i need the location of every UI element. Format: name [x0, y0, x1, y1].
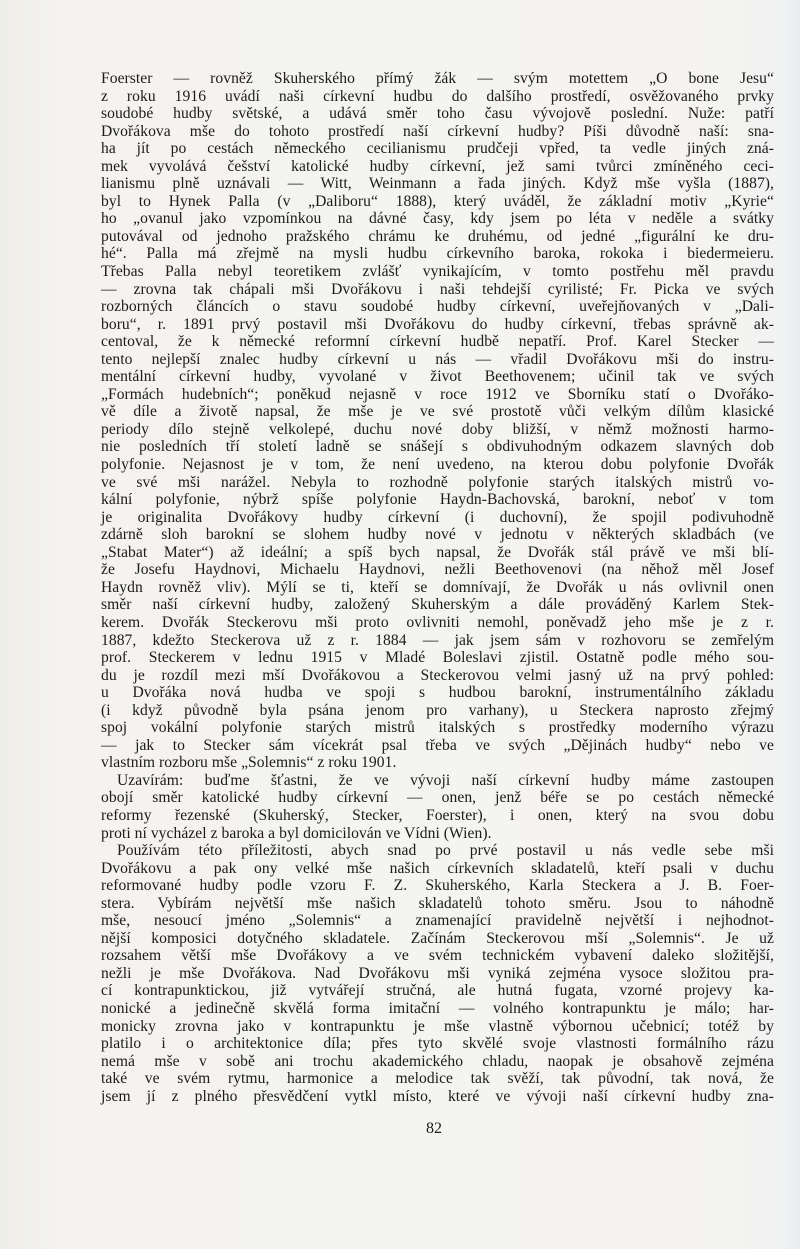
- text-line: 1887, kdežto Steckerova už z r. 1884 — j…: [101, 632, 774, 650]
- paragraph: Uzavírám: buďme šťastni, že ve vývoji na…: [101, 772, 774, 842]
- text-line: soudobé hudby světské, a udává směr toho…: [101, 105, 774, 123]
- text-line: polyfonie. Nejasnost je v tom, že není u…: [101, 456, 774, 474]
- text-line: nemá mše v sobě ani trochu akademického …: [101, 1053, 774, 1071]
- text-line: nější komposici dotyčného skladatele. Za…: [101, 930, 774, 948]
- text-line: du je rozdíl mezi mší Dvořákovou a Steck…: [101, 667, 774, 685]
- text-line: Dvořákova mše do tohoto prostředí naší c…: [101, 123, 774, 141]
- text-line: ve své mši narážel. Nebyla to rozhodně p…: [101, 474, 774, 492]
- text-line: nie posledních tří století ladně se snáš…: [101, 438, 774, 456]
- text-line: — zrovna tak chápali mši Dvořákovu i naš…: [101, 281, 774, 299]
- book-page: Foerster — rovněž Skuherského přímý žák …: [0, 0, 800, 1249]
- text-line: rozborných článcích o stavu soudobé hudb…: [101, 298, 774, 316]
- text-line: lianismu plně uznávali — Witt, Weinmann …: [101, 175, 774, 193]
- text-line: že Josefu Haydnovi, Michaelu Haydnovi, n…: [101, 561, 774, 579]
- text-line: kerem. Dvořák Steckerovu mši proto ovliv…: [101, 614, 774, 632]
- page-number: 82: [0, 1120, 800, 1138]
- text-line: Dvořákovu a pak ony velké mše našich cír…: [101, 860, 774, 878]
- text-line: je originalita Dvořákovy hudby církevní …: [101, 509, 774, 527]
- text-line: vlastním rozboru mše „Solemnis“ z roku 1…: [101, 754, 774, 772]
- text-line: Uzavírám: buďme šťastni, že ve vývoji na…: [101, 772, 774, 790]
- text-line: byl to Hynek Palla (v „Daliboru“ 1888), …: [101, 193, 774, 211]
- text-line: kální polyfonie, nýbrž spíše polyfonie H…: [101, 491, 774, 509]
- paragraph: Používám této příležitosti, abych snad p…: [101, 842, 774, 1105]
- text-line: Používám této příležitosti, abych snad p…: [101, 842, 774, 860]
- text-line: periody dílo stejně velkolepé, duchu nov…: [101, 421, 774, 439]
- text-line: Haydn rovněž vliv). Mýlí se ti, kteří se…: [101, 579, 774, 597]
- text-line: „Stabat Mater“) až ideální; a spíš bych …: [101, 544, 774, 562]
- text-line: mše, nesoucí jméno „Solemnis“ a znamenaj…: [101, 912, 774, 930]
- text-line: z roku 1916 uvádí naši církevní hudbu do…: [101, 88, 774, 106]
- text-line: spoj vokální polyfonie starých mistrů it…: [101, 719, 774, 737]
- text-line: jsem jí z plného přesvědčení vytkl místo…: [101, 1088, 774, 1106]
- text-line: platilo i o architektonice díla; přes ty…: [101, 1035, 774, 1053]
- text-line: rozsahem větší mše Dvořákovy a ve svém t…: [101, 947, 774, 965]
- text-line: boru“, r. 1891 prvý postavil mši Dvořáko…: [101, 316, 774, 334]
- text-line: centoval, že k německé reformní církevní…: [101, 333, 774, 351]
- text-line: mentální církevní hudby, vyvolané v živo…: [101, 368, 774, 386]
- text-line: putovával od jednoho pražského chrámu ke…: [101, 228, 774, 246]
- text-line: stera. Vybírám největší mše našich sklad…: [101, 895, 774, 913]
- text-line: „Formách hudebních“; poněkud nejasně v r…: [101, 386, 774, 404]
- text-line: mek vyvolává češství katolické hudby cír…: [101, 158, 774, 176]
- text-line: proti ní vycházel z baroka a byl domicil…: [101, 825, 774, 843]
- text-line: ho „ovanul jako vzpomínkou na dávné časy…: [101, 210, 774, 228]
- text-line: cí kontrapunktickou, již vytvářejí struč…: [101, 982, 774, 1000]
- text-line: Třebas Palla nebyl teoretikem zvlášť vyn…: [101, 263, 774, 281]
- paragraph: Foerster — rovněž Skuherského přímý žák …: [101, 70, 774, 772]
- text-line: nežli je mše Dvořákova. Nad Dvořákovu mš…: [101, 965, 774, 983]
- text-line: — jak to Stecker sám vícekrát psal třeba…: [101, 737, 774, 755]
- text-line: reformované hudby podle vzoru F. Z. Skuh…: [101, 877, 774, 895]
- text-line: reformy řezenské (Skuherský, Stecker, Fo…: [101, 807, 774, 825]
- text-line: zdárně sloh barokní se slohem hudby nové…: [101, 526, 774, 544]
- text-line: prof. Steckerem v lednu 1915 v Mladé Bol…: [101, 649, 774, 667]
- body-text: Foerster — rovněž Skuherského přímý žák …: [101, 70, 774, 1105]
- text-line: (i když původně byla psána jenom pro var…: [101, 702, 774, 720]
- text-line: směr naší církevní hudby, založený Skuhe…: [101, 596, 774, 614]
- text-line: také ve svém rytmu, harmonice a melodice…: [101, 1070, 774, 1088]
- text-line: hé“. Palla má zřejmě na mysli hudbu círk…: [101, 245, 774, 263]
- text-line: ha jít po cestách německého cecilianismu…: [101, 140, 774, 158]
- text-line: obojí směr katolické hudby církevní — on…: [101, 789, 774, 807]
- text-line: Foerster — rovněž Skuherského přímý žák …: [101, 70, 774, 88]
- text-line: tento nejlepší znalec hudby církevní u n…: [101, 351, 774, 369]
- text-line: nonické a jedinečně skvělá forma imitačn…: [101, 1000, 774, 1018]
- text-line: u Dvořáka nová hudba ve spoji s hudbou b…: [101, 684, 774, 702]
- text-line: monicky zrovna jako v kontrapunktu je mš…: [101, 1018, 774, 1036]
- text-line: vě díle a životě napsal, že mše je ve sv…: [101, 403, 774, 421]
